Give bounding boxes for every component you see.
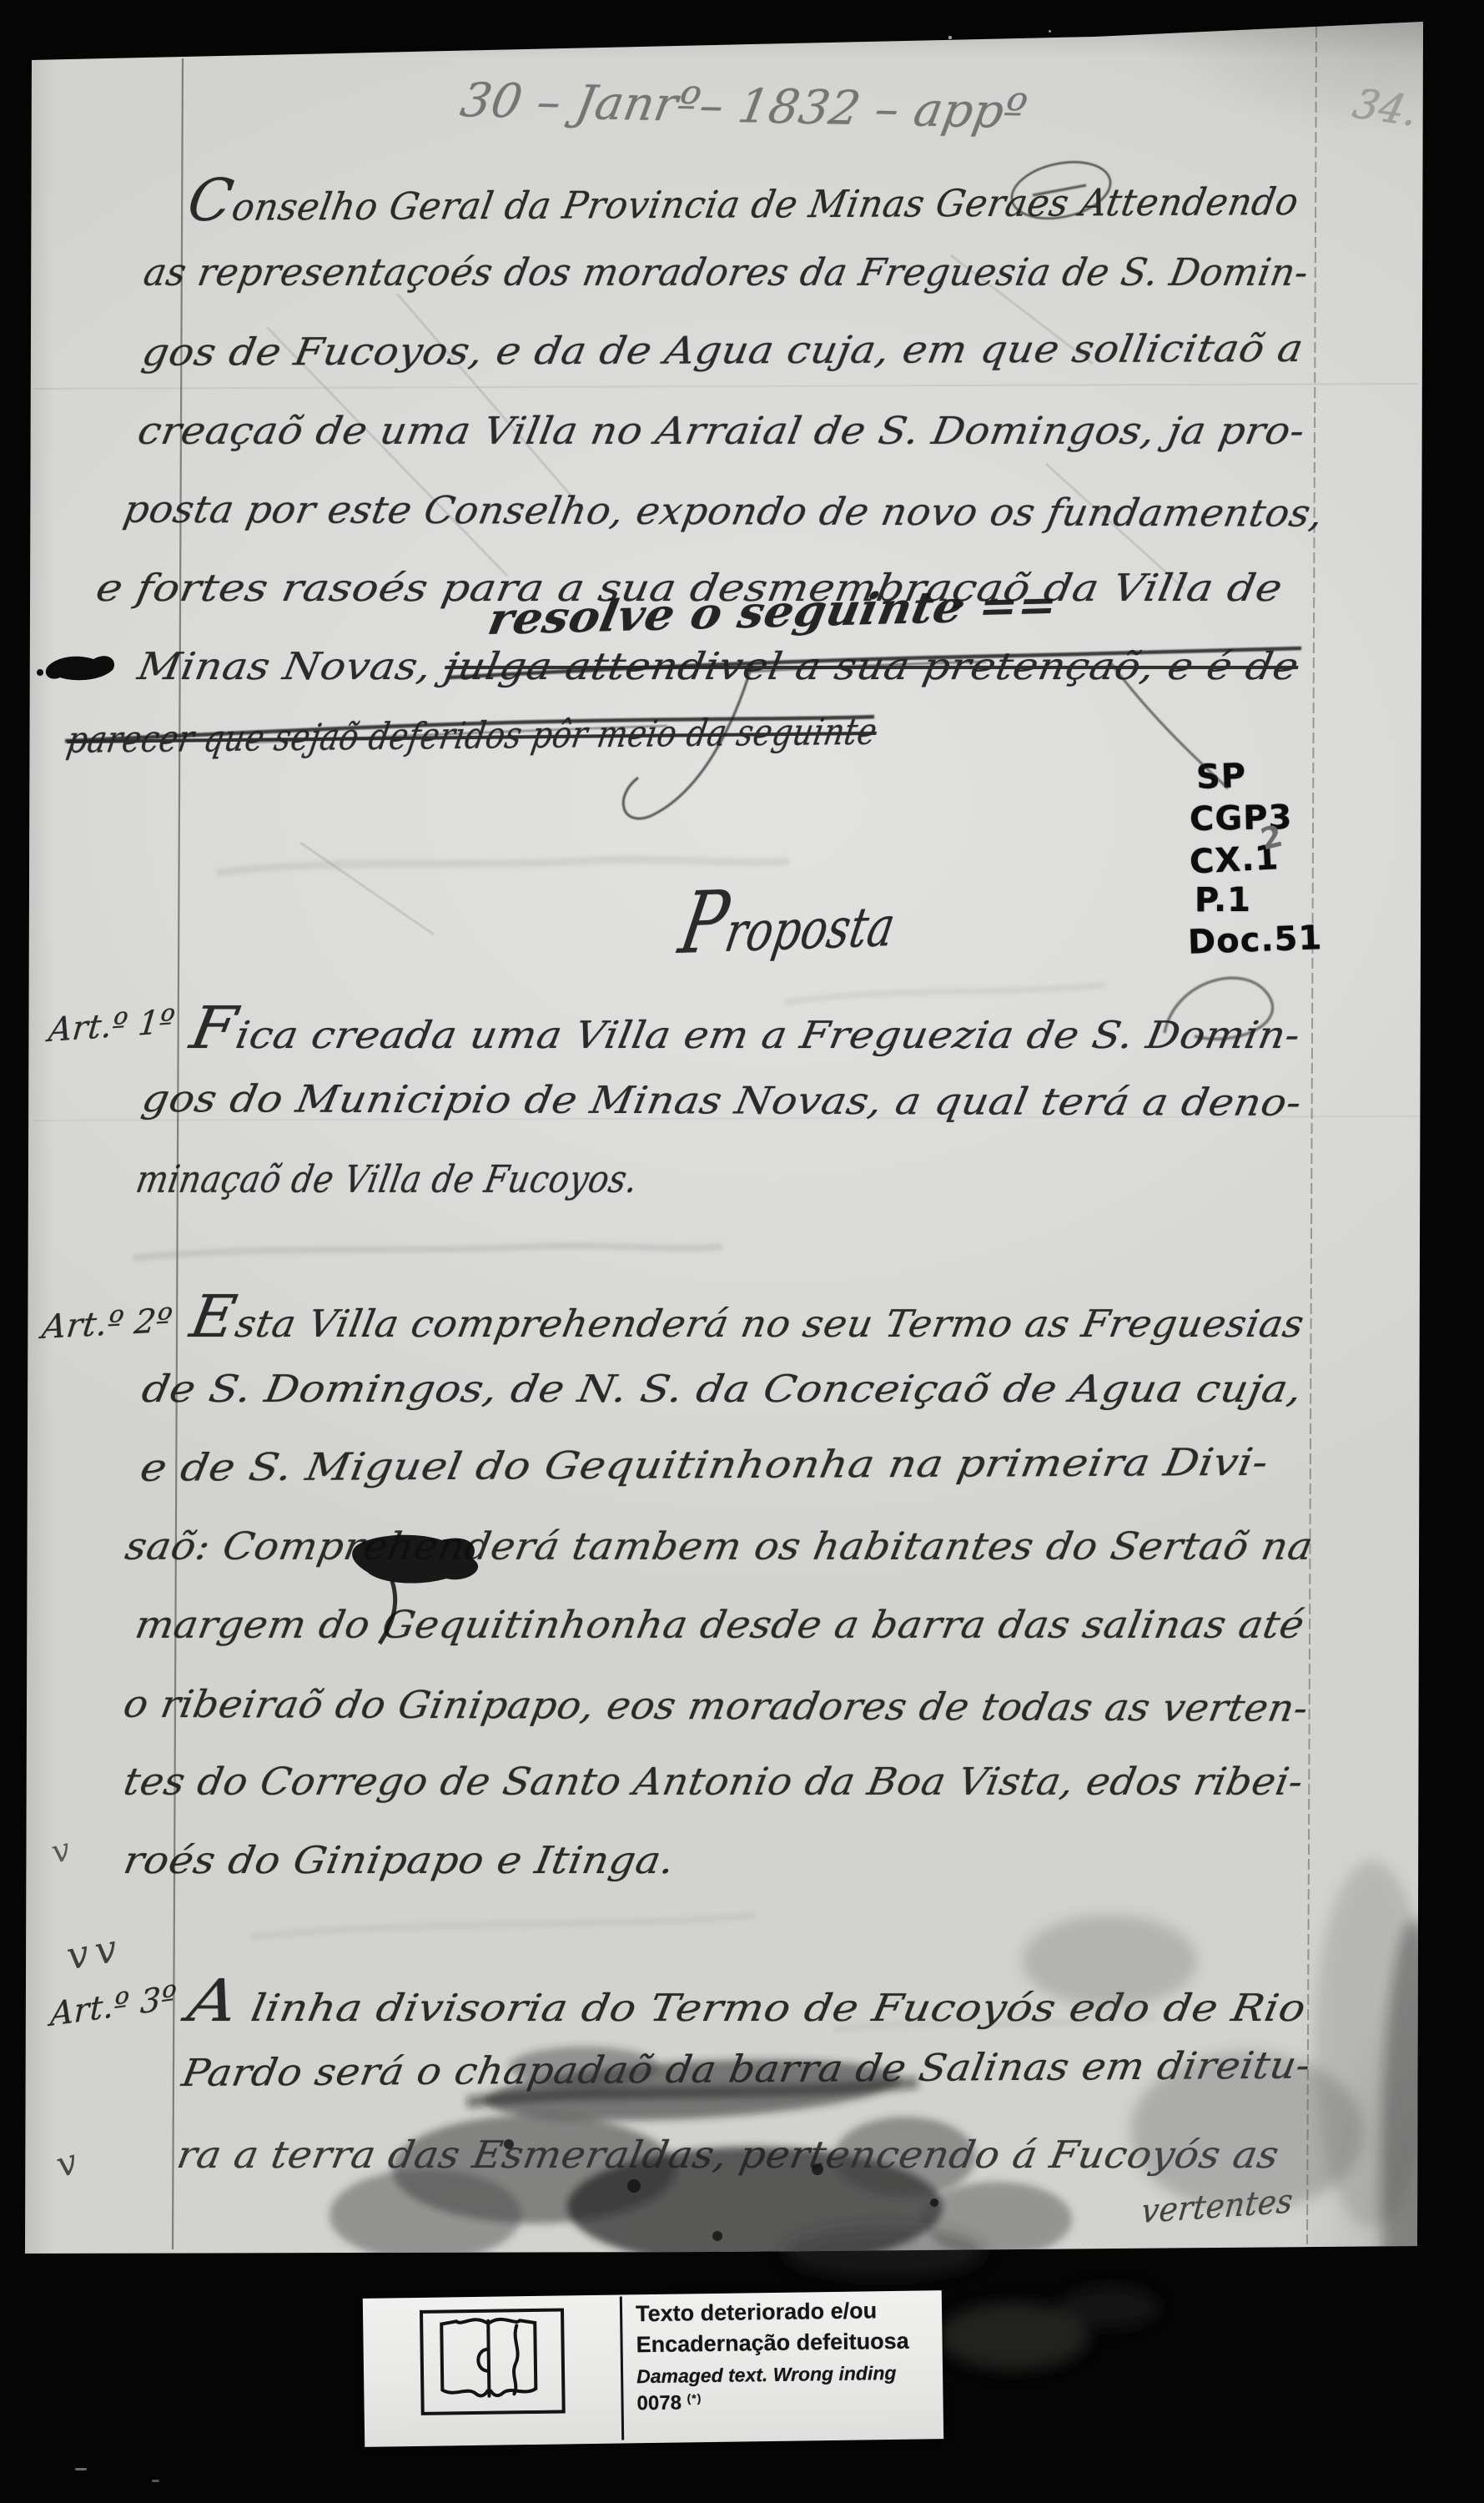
- scanned-manuscript-page: 30 – Janrº– 1832 – appº 34. Conselho Ger…: [0, 0, 1484, 2503]
- label-text-pt1: Texto deteriorado e/ou: [636, 2298, 877, 2327]
- dust-speck: [1049, 30, 1051, 33]
- body-line: creaçaõ de uma Villa no Arraial de S. Do…: [134, 409, 1308, 453]
- article-line: gos do Municipio de Minas Novas, a qual …: [138, 1076, 1305, 1125]
- article-label: Art.º 2º: [40, 1302, 174, 1347]
- paper-sheet: [0, 0, 1484, 2503]
- article-line: Fica creada uma Villa em a Freguezia de …: [185, 995, 1307, 1062]
- article-line: roés do Ginipapo e Itinga.: [120, 1838, 678, 1882]
- label-text-pt2: Encadernação defeituosa: [636, 2329, 909, 2359]
- body-line: Conselho Geral da Provincia de Minas Ger…: [183, 161, 1305, 234]
- article-line: de S. Domingos, de N. S. da Conceiçaõ de…: [138, 1367, 1305, 1411]
- label-code: 0078 (*): [636, 2391, 702, 2415]
- label-text-en: Damaged text. Wrong inding: [636, 2362, 897, 2388]
- dust-speck: [948, 36, 952, 39]
- article-line: margem do Gequitinhonha desde a barra da…: [132, 1603, 1308, 1647]
- struck-text: julga attendivel a sua pretençaõ, e é de: [441, 644, 1302, 688]
- label-code-number: 0078: [636, 2392, 682, 2415]
- article-line: A linha divisoria do Termo de Fucoyós ed…: [183, 1967, 1312, 2035]
- line-prefix: Minas Novas,: [134, 644, 449, 688]
- dust-speck: [152, 2480, 159, 2482]
- damaged-book-icon: [420, 2308, 566, 2415]
- article-line: tes do Corrego de Santo Antonio da Boa V…: [120, 1760, 1306, 1804]
- page-number: 34.: [1349, 80, 1424, 135]
- article-line: o ribeiraõ do Ginipapo, eos moradores de…: [120, 1682, 1311, 1730]
- label-code-mark: (*): [687, 2391, 702, 2405]
- dust-speck: [75, 2468, 87, 2470]
- struck-text: parecer que sejaõ deferidos pôr meio da …: [64, 711, 880, 762]
- article-line: Esta Villa comprehenderá no seu Termo as…: [185, 1283, 1310, 1351]
- body-line: as representaçoés dos moradores da Fregu…: [140, 250, 1311, 295]
- stamp-line: P.1: [1195, 881, 1251, 919]
- article-line: Pardo será o chapadaõ da barra de Salina…: [179, 2043, 1314, 2095]
- body-line-struck: parecer que sejaõ deferidos pôr meio da …: [64, 711, 880, 762]
- body-line: gos de Fucoyos, e da de Agua cuja, em qu…: [138, 326, 1306, 375]
- label-divider: [620, 2297, 624, 2440]
- article-line: minaçaõ de Villa de Fucoyos.: [133, 1157, 641, 1201]
- article-line: saõ: Comprehenderá tambem os habitantes …: [122, 1524, 1316, 1569]
- section-heading: Proposta: [673, 867, 905, 974]
- article-line: e de S. Miguel do Gequitinhonha na prime…: [137, 1440, 1271, 1490]
- article-line: ra a terra das Esmeraldas, pertencendo á…: [174, 2133, 1282, 2177]
- stamp-line: Doc.51: [1187, 919, 1323, 962]
- body-line-with-strike: Minas Novas, julga attendivel a sua pret…: [134, 644, 1302, 688]
- body-line: posta por este Conselho, expondo de novo…: [120, 487, 1327, 536]
- damage-notice-label: Texto deteriorado e/ou Encadernação defe…: [363, 2290, 943, 2447]
- stamp-line: SP: [1195, 757, 1247, 797]
